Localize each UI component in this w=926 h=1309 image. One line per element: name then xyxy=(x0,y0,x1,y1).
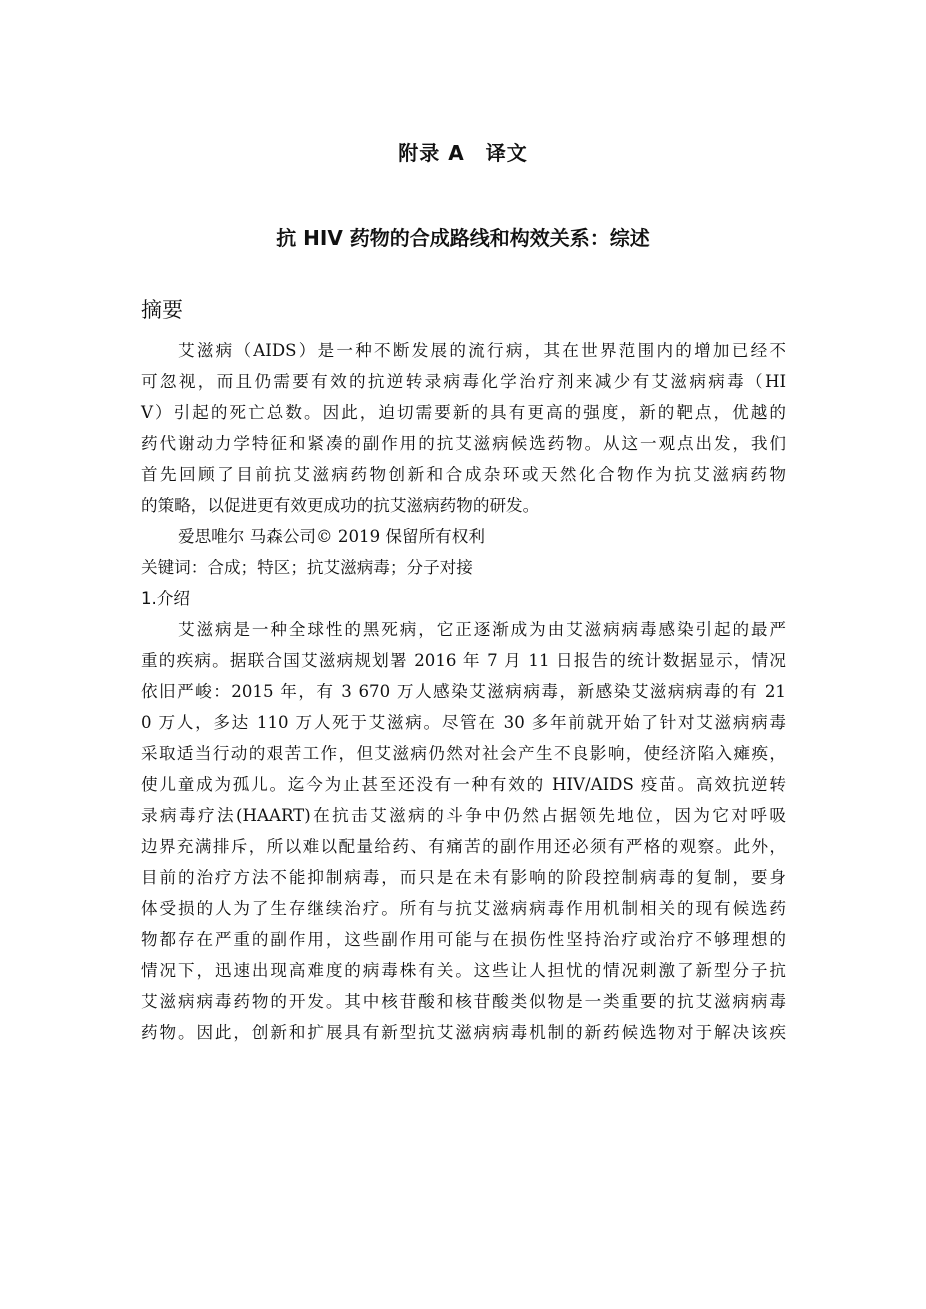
intro-line: 艾滋病病毒药物的开发。其中核苷酸和核苷酸类似物是一类重要的抗艾滋病病毒 xyxy=(141,992,786,1012)
intro-line: 物都存在严重的副作用，这些副作用可能与在损伤性坚持治疗或治疗不够理想的 xyxy=(141,930,786,950)
keywords-label: 关键词： xyxy=(141,558,207,577)
intro-line: 药物。因此，创新和扩展具有新型抗艾滋病病毒机制的新药候选物对于解决该疾 xyxy=(141,1023,786,1043)
abstract-line: 艾滋病（AIDS）是一种不断发展的流行病，其在世界范围内的增加已经不 xyxy=(178,341,786,361)
intro-line: 艾滋病是一种全球性的黑死病，它正逐渐成为由艾滋病病毒感染引起的最严 xyxy=(178,620,786,640)
abstract-line: 的策略，以促进更有效更成功的抗艾滋病药物的研发。 xyxy=(141,496,786,516)
appendix-title: 附录 A 译文 xyxy=(0,137,926,166)
intro-heading: 1.介绍 xyxy=(141,589,190,609)
abstract-line: V）引起的死亡总数。因此，迫切需要新的具有更高的强度，新的靶点，优越的 xyxy=(141,403,786,423)
intro-line: 重的疾病。据联合国艾滋病规划署 2016 年 7 月 11 日报告的统计数据显示… xyxy=(141,651,786,671)
intro-line: 体受损的人为了生存继续治疗。所有与抗艾滋病病毒作用机制相关的现有候选药 xyxy=(141,899,786,919)
document-page: 附录 A 译文 抗 HIV 药物的合成路线和构效关系：综述 摘要 艾滋病（AID… xyxy=(0,0,926,1309)
abstract-line: 药代谢动力学特征和紧凑的副作用的抗艾滋病候选药物。从这一观点出发，我们 xyxy=(141,434,786,454)
abstract-heading: 摘要 xyxy=(141,294,183,324)
intro-line: 情况下，迅速出现高难度的病毒株有关。这些让人担忧的情况刺激了新型分子抗 xyxy=(141,961,786,981)
paper-title: 抗 HIV 药物的合成路线和构效关系：综述 xyxy=(0,222,926,251)
intro-line: 采取适当行动的艰苦工作，但艾滋病仍然对社会产生不良影响，使经济陷入瘫痪， xyxy=(141,744,786,764)
keywords: 关键词：合成；特区；抗艾滋病毒；分子对接 xyxy=(141,558,786,578)
intro-line: 录病毒疗法(HAART)在抗击艾滋病的斗争中仍然占据领先地位，因为它对呼吸 xyxy=(141,806,786,826)
intro-line: 边界充满排斥，所以难以配量给药、有痛苦的副作用还必须有严格的观察。此外， xyxy=(141,837,786,857)
abstract-line: 首先回顾了目前抗艾滋病药物创新和合成杂环或天然化合物作为抗艾滋病药物 xyxy=(141,465,786,485)
copyright-notice: 爱思唯尔 马森公司© 2019 保留所有权利 xyxy=(178,527,786,547)
intro-line: 目前的治疗方法不能抑制病毒，而只是在未有影响的阶段控制病毒的复制，要身 xyxy=(141,868,786,888)
keywords-value: 合成；特区；抗艾滋病毒；分子对接 xyxy=(207,558,473,577)
intro-line: 使儿童成为孤儿。迄今为止甚至还没有一种有效的 HIV/AIDS 疫苗。高效抗逆转 xyxy=(141,775,786,795)
intro-line: 依旧严峻：2015 年，有 3 670 万人感染艾滋病病毒，新感染艾滋病病毒的有… xyxy=(141,682,786,702)
abstract-line: 可忽视，而且仍需要有效的抗逆转录病毒化学治疗剂来减少有艾滋病病毒（HI xyxy=(141,372,786,392)
intro-line: 0 万人，多达 110 万人死于艾滋病。尽管在 30 多年前就开始了针对艾滋病病… xyxy=(141,713,786,733)
